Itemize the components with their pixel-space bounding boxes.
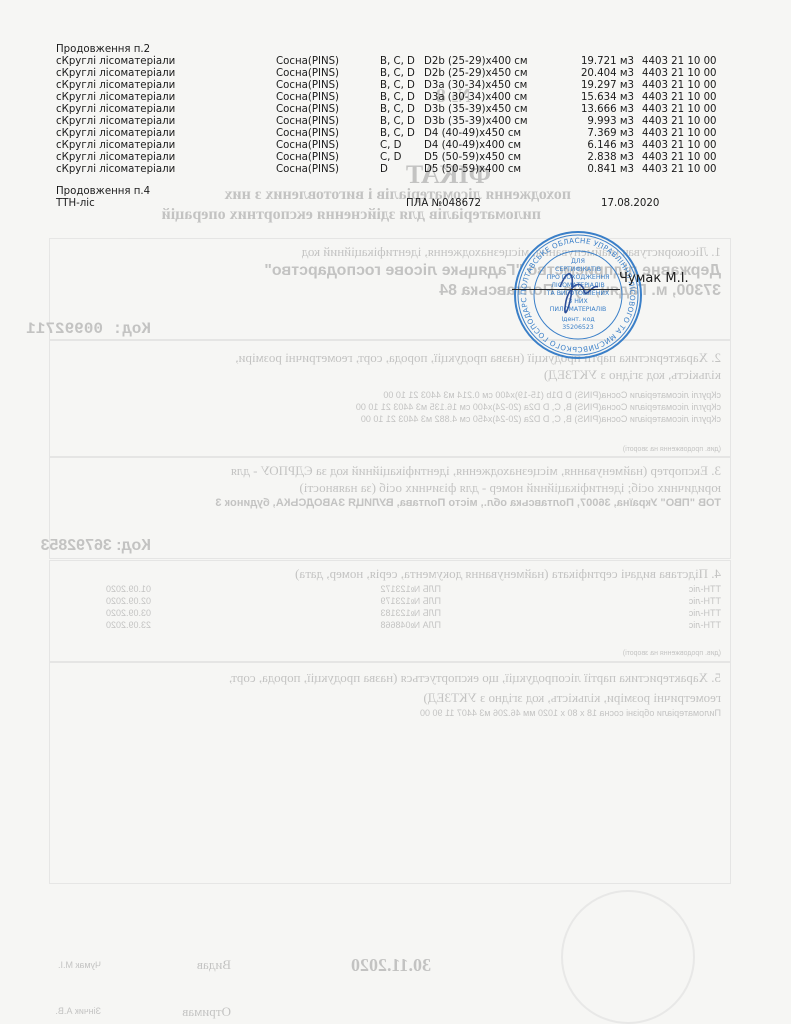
grade: C, D — [380, 152, 424, 164]
ghost-s4-type: ТТН-ліс — [689, 596, 721, 606]
ghost-s4-type: ТТН-ліс — [689, 584, 721, 594]
species: Сосна(PINS) — [276, 104, 380, 116]
volume: 15.634 м3 — [564, 92, 642, 104]
ghost-s4-date: 01.09.2020 — [106, 584, 151, 594]
species: Сосна(PINS) — [276, 164, 380, 176]
ghost-s2-row: сКруглі лісоматеріали Сосна(PINS) B, C, … — [356, 402, 721, 412]
ghost-s4-doc: ПЛБ №123183 — [381, 608, 441, 618]
grade: B, C, D — [380, 56, 424, 68]
svg-text:СЕРТИФІКАТІВ: СЕРТИФІКАТІВ — [555, 266, 601, 273]
section-p2-heading: Продовження п.2 — [56, 44, 736, 56]
species: Сосна(PINS) — [276, 128, 380, 140]
table-row: сКруглі лісоматеріали Сосна(PINS) B, C, … — [56, 116, 736, 128]
section-p4-heading: Продовження п.4 — [56, 186, 736, 198]
ghost-s5-label-2: геометричні розміри, кількість, код згід… — [423, 690, 721, 706]
species: Сосна(PINS) — [276, 140, 380, 152]
ghost-s3-label-2: юридичних осіб; ідентифікаційний номер -… — [299, 480, 721, 496]
volume: 19.721 м3 — [564, 56, 642, 68]
grade: B, C, D — [380, 116, 424, 128]
product-name: сКруглі лісоматеріали — [56, 140, 276, 152]
ghost-s5-label: 5. Характеристика партії лісопродукції, … — [229, 670, 721, 686]
size: D4 (40-49)x400 см — [424, 140, 564, 152]
species: Сосна(PINS) — [276, 80, 380, 92]
grade: C, D — [380, 140, 424, 152]
table-row: сКруглі лісоматеріали Сосна(PINS) B, C, … — [56, 80, 736, 92]
ghost-s2-label: 2. Характеристика партії продукції (назв… — [235, 350, 721, 366]
size: D3b (35-39)x400 см — [424, 116, 564, 128]
size: D3a (30-34)x400 см — [424, 92, 564, 104]
volume: 2.838 м3 — [564, 152, 642, 164]
product-name: сКруглі лісоматеріали — [56, 116, 276, 128]
ghost-s2-label-2: кількість, код згідно з УКТЗЕД) — [544, 367, 721, 383]
size: D3b (35-39)x450 см — [424, 104, 564, 116]
hs-code: 4403 21 10 00 — [642, 104, 730, 116]
volume: 19.297 м3 — [564, 80, 642, 92]
species: Сосна(PINS) — [276, 68, 380, 80]
product-name: сКруглі лісоматеріали — [56, 152, 276, 164]
product-name: сКруглі лісоматеріали — [56, 68, 276, 80]
grade: D — [380, 164, 424, 176]
volume: 7.369 м3 — [564, 128, 642, 140]
ghost-s4-date: 03.09.2020 — [106, 608, 151, 618]
size: D4 (40-49)x450 см — [424, 128, 564, 140]
ghost-cont-note: (див. продовження на звороті) — [623, 446, 721, 453]
table-row: сКруглі лісоматеріали Сосна(PINS) D D5 (… — [56, 164, 736, 176]
front-content: Продовження п.2 сКруглі лісоматеріали Со… — [56, 44, 736, 210]
ghost-s3-code: Код: 36792853 — [41, 537, 151, 555]
ghost-s5-row: Пиломатеріали обрізні сосна 18 x 80 x 10… — [420, 708, 721, 718]
svg-text:ЛІСОМАТЕРІАЛІВ: ЛІСОМАТЕРІАЛІВ — [551, 282, 604, 289]
grade: B, C, D — [380, 92, 424, 104]
volume: 20.404 м3 — [564, 68, 642, 80]
table-row: сКруглі лісоматеріали Сосна(PINS) B, C, … — [56, 68, 736, 80]
grade: B, C, D — [380, 104, 424, 116]
ttn-row: ТТН-ліс ПЛА №048672 17.08.2020 — [56, 198, 736, 210]
signature-line — [512, 289, 620, 290]
ghost-s4-date: 02.09.2020 — [106, 596, 151, 606]
ghost-s3-label: 3. Експортер (найменування, місцезнаходж… — [231, 463, 721, 479]
product-name: сКруглі лісоматеріали — [56, 104, 276, 116]
svg-text:ДЛЯ: ДЛЯ — [571, 258, 585, 265]
volume: 13.666 м3 — [564, 104, 642, 116]
hs-code: 4403 21 10 00 — [642, 68, 730, 80]
hs-code: 4403 21 10 00 — [642, 56, 730, 68]
table-row: сКруглі лісоматеріали Сосна(PINS) C, D D… — [56, 140, 736, 152]
volume: 6.146 м3 — [564, 140, 642, 152]
volume: 0.841 м3 — [564, 164, 642, 176]
ghost-stamp — [561, 890, 695, 1024]
table-row: сКруглі лісоматеріали Сосна(PINS) B, C, … — [56, 104, 736, 116]
product-name: сКруглі лісоматеріали — [56, 80, 276, 92]
ghost-received-name: Зінчик А.В. — [55, 1006, 101, 1016]
product-table: сКруглі лісоматеріали Сосна(PINS) B, C, … — [56, 56, 736, 176]
product-name: сКруглі лісоматеріали — [56, 56, 276, 68]
ghost-s3-value: ТОВ "ПВО" Україна, 36007, Полтавська обл… — [215, 497, 721, 509]
size: D2b (25-29)x450 см — [424, 68, 564, 80]
grade: B, C, D — [380, 68, 424, 80]
ghost-s2-row: сКруглі лісоматеріали Сосна(PINS) B, C, … — [361, 414, 721, 424]
ttn-date: 17.08.2020 — [601, 198, 659, 210]
signer-name: Чумак М.І. — [619, 271, 689, 286]
ttn-type: ТТН-ліс — [56, 198, 406, 210]
size: D3a (30-34)x450 см — [424, 80, 564, 92]
document-page: № 8 ФІКАТ походження лісоматеріалів і ви… — [0, 0, 791, 1024]
table-row: сКруглі лісоматеріали Сосна(PINS) C, D D… — [56, 152, 736, 164]
ghost-issued-name: Чумак М.І. — [58, 960, 101, 970]
ghost-received-label: Отримав — [182, 1004, 231, 1020]
official-stamp-icon: ПОЛТАВСЬКЕ ОБЛАСНЕ УПРАВЛІННЯ ЛІСОВОГО Т… — [512, 229, 644, 361]
hs-code: 4403 21 10 00 — [642, 128, 730, 140]
size: D2b (25-29)x400 см — [424, 56, 564, 68]
species: Сосна(PINS) — [276, 56, 380, 68]
svg-text:Ідент. код: Ідент. код — [561, 316, 594, 323]
species: Сосна(PINS) — [276, 92, 380, 104]
hs-code: 4403 21 10 00 — [642, 164, 730, 176]
ghost-cont-note: (див. продовження на звороті) — [623, 650, 721, 657]
ttn-doc-number: ПЛА №048672 — [406, 198, 601, 210]
grade: B, C, D — [380, 80, 424, 92]
ghost-s4-doc: ПЛА №048668 — [380, 620, 441, 630]
svg-text:ПИЛОМАТЕРІАЛІВ: ПИЛОМАТЕРІАЛІВ — [550, 306, 607, 313]
svg-text:ТА ВИГОТОВЛЕНИХ: ТА ВИГОТОВЛЕНИХ — [546, 290, 610, 297]
hs-code: 4403 21 10 00 — [642, 152, 730, 164]
table-row: сКруглі лісоматеріали Сосна(PINS) B, C, … — [56, 128, 736, 140]
product-name: сКруглі лісоматеріали — [56, 92, 276, 104]
table-row: сКруглі лісоматеріали Сосна(PINS) B, C, … — [56, 92, 736, 104]
svg-text:ПРО ПОХОДЖЕННЯ: ПРО ПОХОДЖЕННЯ — [547, 274, 610, 281]
ghost-s1-code: Код: 00992711 — [26, 320, 151, 338]
size: D5 (50-59)x450 см — [424, 152, 564, 164]
hs-code: 4403 21 10 00 — [642, 92, 730, 104]
ghost-s4-doc: ПЛБ №123172 — [381, 584, 441, 594]
size: D5 (50-59)x400 см — [424, 164, 564, 176]
ghost-s2-row: сКруглі лісоматеріали Сосна(PINS) D D1b … — [383, 390, 721, 400]
ghost-s4-type: ТТН-ліс — [689, 608, 721, 618]
ghost-issued-label: Видав — [197, 957, 231, 973]
hs-code: 4403 21 10 00 — [642, 116, 730, 128]
table-row: сКруглі лісоматеріали Сосна(PINS) B, C, … — [56, 56, 736, 68]
ghost-s4-doc: ПЛБ №123179 — [381, 596, 441, 606]
svg-text:35206523: 35206523 — [562, 324, 594, 331]
ghost-s4-label: 4. Підстава видачі сертифіката (найменув… — [295, 566, 721, 582]
hs-code: 4403 21 10 00 — [642, 80, 730, 92]
ghost-issue-date: 30.11.2020 — [351, 955, 431, 976]
grade: B, C, D — [380, 128, 424, 140]
volume: 9.993 м3 — [564, 116, 642, 128]
species: Сосна(PINS) — [276, 152, 380, 164]
product-name: сКруглі лісоматеріали — [56, 164, 276, 176]
hs-code: 4403 21 10 00 — [642, 140, 730, 152]
species: Сосна(PINS) — [276, 116, 380, 128]
product-name: сКруглі лісоматеріали — [56, 128, 276, 140]
ghost-s4-type: ТТН-ліс — [689, 620, 721, 630]
ghost-s4-date: 23.09.2020 — [106, 620, 151, 630]
